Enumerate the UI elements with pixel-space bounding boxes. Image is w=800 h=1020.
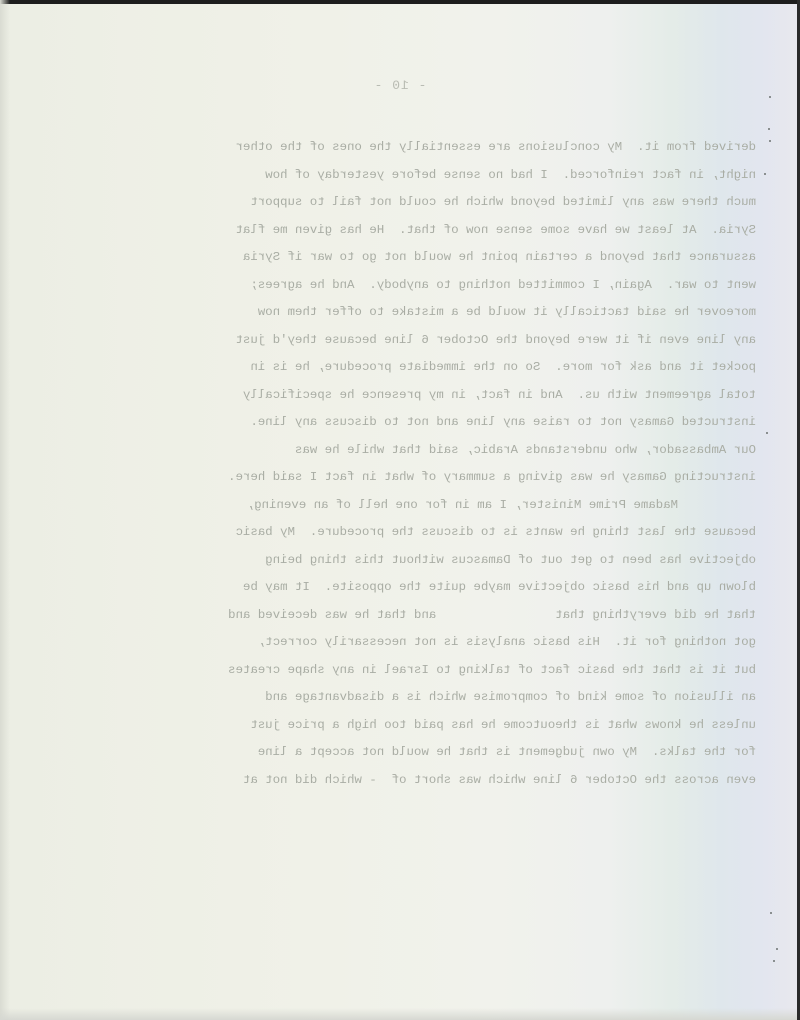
paragraph-start-line: Madame Prime Minister, I am in for one h… bbox=[56, 492, 756, 520]
text-line: any line even if it were beyond the Octo… bbox=[56, 327, 756, 355]
text-line: unless he knows what is theoutcome he ha… bbox=[56, 712, 756, 740]
text-line: derived from it. My conclusions are esse… bbox=[56, 134, 756, 162]
text-line: got nothing for it. His basic analysis i… bbox=[56, 629, 756, 657]
text-line: night, in fact reinforced. I had no sens… bbox=[56, 162, 756, 190]
text-line: blown up and his basic objective maybe q… bbox=[56, 574, 756, 602]
page-number: - 10 - bbox=[0, 78, 800, 93]
text-line: pocket it and ask for more. So on the im… bbox=[56, 354, 756, 382]
text-line: much there was any limited beyond which … bbox=[56, 189, 756, 217]
text-line: instructed Gamasy not to raise any line … bbox=[56, 409, 756, 437]
text-line: because the last thing he wants is to di… bbox=[56, 519, 756, 547]
text-line: instructing Gamasy he was giving a summa… bbox=[56, 464, 756, 492]
text-line: Our Ambassador, who understands Arabic, … bbox=[56, 437, 756, 465]
text-line: even across the October 6 line which was… bbox=[56, 767, 756, 795]
text-line: for the talks. My own judgement is that … bbox=[56, 739, 756, 767]
text-line: assurance that beyond a certain point he… bbox=[56, 244, 756, 272]
mirrored-document-page: - 10 - derived from it. My conclusions a… bbox=[0, 0, 800, 1020]
text-line: moreover he said tactically it would be … bbox=[56, 299, 756, 327]
text-line: objective has been to get out of Damascu… bbox=[56, 547, 756, 575]
document-body: derived from it. My conclusions are esse… bbox=[56, 134, 756, 794]
text-line: went to war. Again, I committed nothing … bbox=[56, 272, 756, 300]
text-line: total agreement with us. And in fact, in… bbox=[56, 382, 756, 410]
text-line: Syria. At least we have some sense now o… bbox=[56, 217, 756, 245]
text-line: an illusion of some kind of compromise w… bbox=[56, 684, 756, 712]
scanned-page: - 10 - derived from it. My conclusions a… bbox=[0, 0, 800, 1020]
text-line: but it is that the basic fact of talking… bbox=[56, 657, 756, 685]
text-line: that he did everything that and that he … bbox=[56, 602, 756, 630]
